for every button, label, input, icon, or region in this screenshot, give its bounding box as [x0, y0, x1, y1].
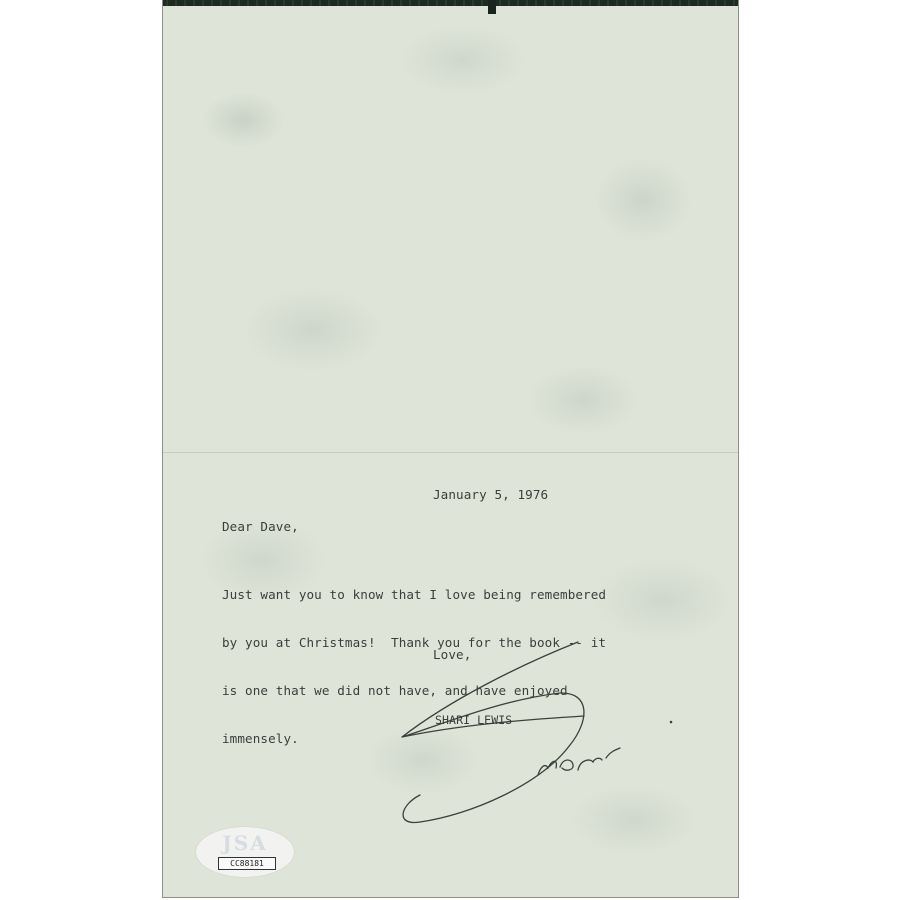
authentication-sticker: JSA CC88181	[196, 827, 294, 877]
letter-date: January 5, 1976	[433, 487, 548, 503]
jsa-logo: JSA	[196, 831, 294, 855]
body-line: Just want you to know that I love being …	[222, 587, 606, 603]
body-line: immensely.	[222, 731, 606, 747]
letter-body: Just want you to know that I love being …	[222, 555, 606, 763]
letter-salutation: Dear Dave,	[222, 519, 299, 535]
certificate-number: CC88181	[218, 857, 276, 870]
torn-top-edge	[163, 0, 738, 6]
body-line: is one that we did not have, and have en…	[222, 683, 606, 699]
body-line: by you at Christmas! Thank you for the b…	[222, 635, 606, 651]
letter-closing: Love,	[433, 647, 471, 663]
fold-line	[163, 452, 738, 453]
typed-signature-name: SHARI LEWIS	[435, 712, 512, 728]
staple-mark	[488, 0, 496, 14]
letter-paper	[162, 0, 739, 898]
